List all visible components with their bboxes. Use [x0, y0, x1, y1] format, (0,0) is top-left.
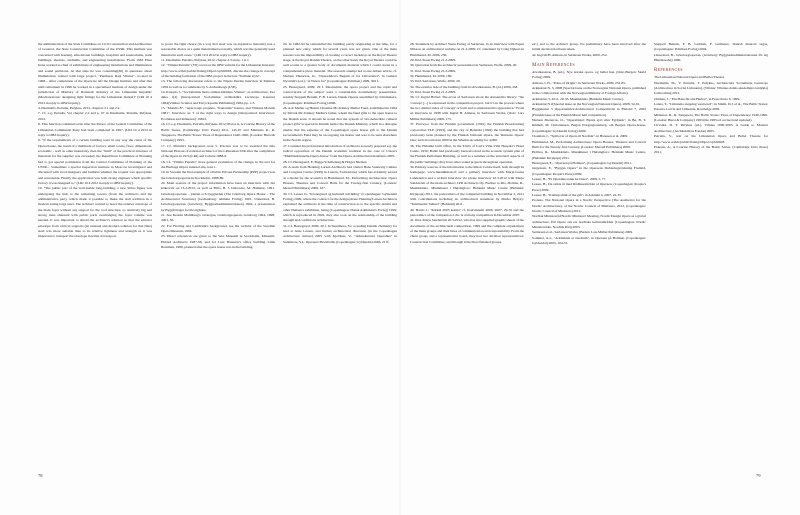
endnote: 36. Cf. Ingrid Hæbel: The ervaa of Sørla…	[410, 95, 524, 122]
section-heading: References	[654, 67, 768, 74]
endnote: 28. Statement by architect Steen Ewing o…	[410, 42, 524, 58]
endnote: 13. The following discussion refers to t…	[161, 79, 275, 90]
reference-entry: Steppeli Benum, F. B. Lambak, F. Grübene…	[654, 42, 768, 53]
endnote: 17. Cf. Matulis's background, note 5. Pr…	[161, 144, 275, 160]
reference-entry: Lesser, H., De sidste år med Rådhusområd…	[532, 182, 646, 193]
section-heading: Main References	[532, 62, 646, 69]
endnote: to prove the right choice (in a way that…	[161, 42, 275, 58]
reference-entry: Hollins, R., Musiikkitalo. Musikhuset i …	[532, 150, 646, 161]
page-number-right: 79	[756, 473, 761, 478]
endnote: 8. This function continued even after th…	[38, 122, 152, 138]
endnote: 18. Cf. "Vilnius Petrulis" more general …	[161, 160, 275, 171]
endnote: 42. Ingvild H. Almaas, in Sørlarsen Work…	[532, 53, 646, 58]
endnote: 40. Harris J., "Kärkiä 2003 kohtia" cf. …	[410, 208, 524, 219]
endnote: 23. Direct references are given to the W…	[161, 234, 275, 250]
reference-entry: Sommer, A-L, "Arkitekten er rundrum", in…	[532, 236, 646, 247]
reference-entry: Dzemaitis, M., V. Petrulis, T. Pufykus, …	[654, 81, 768, 97]
endnote: 30. Quotation from the architects' prese…	[410, 63, 524, 68]
reference-entry: Unnerstad, B., Göteborgsoperan, (Götebor…	[654, 53, 768, 64]
endnote: 10. "The public part of the wall-inside …	[38, 186, 152, 239]
endnote: 14. Kruopis J., "Socialistinis meno stil…	[161, 90, 275, 106]
endnote: 19. In Sweden the first example of a Pub…	[161, 170, 275, 181]
endnote: 30. Cf. Lesser Ja, "Kronegaard og kultur…	[283, 192, 397, 224]
endnote: 25. Hestegaard, 2009, 29 f. Meanwhile, t…	[283, 85, 397, 106]
reference-entry: Nordisk Ministerråd/Nordic Ministers' Me…	[532, 214, 646, 230]
endnote: 21. See Kerstin Malmberg's catalogue, Gö…	[161, 213, 275, 224]
left-page: the administration of the State Committe…	[0, 0, 400, 515]
endnote: 41. Ibid. Marja Sandström 20.3.2012, who…	[410, 218, 524, 245]
endnote: 26. A.P. Møller og Hustru Chastine Mc-Ki…	[283, 106, 397, 143]
reference-entry: Petrulis, V., text on the Lithuanian Ope…	[654, 134, 768, 145]
reference-entry: Proteus, The National Opera in a Nordic …	[532, 198, 646, 214]
right-page: 28. Statement by architect Steen Ewing o…	[400, 0, 800, 515]
endnote: 38. The Helsinki built office, in the Tö…	[410, 144, 524, 165]
endnote: 29. A team from Henning Larsen Architect…	[283, 165, 397, 192]
endnote: 22. For Fireling and Lambrink's backgrou…	[161, 224, 275, 235]
reference-entry: Lanza, T., "Lithuania stepping westward"…	[654, 102, 768, 113]
endnote: 31. Cf. Hestegaard, 2009, 20 f. In Sunnm…	[283, 224, 397, 245]
reference-entry: Sørlarsen et al., Sørlarsen Works, (Bade…	[532, 230, 646, 235]
reference-entry: Arkitektur N, 3, 2008 (Special issue on …	[532, 86, 646, 97]
right-page-column-3: Steppeli Benum, F. B. Lambak, F. Grübene…	[654, 42, 768, 156]
right-page-column-2: etc.) and to the architect group. No pre…	[532, 42, 646, 246]
reference-entry: Misiunas, R., R. Taagepera, The Baltic S…	[654, 113, 768, 124]
endnote: 24. In 1982-94 he remodelled the buildin…	[283, 42, 397, 85]
left-page-column-1: the administration of the State Committe…	[38, 42, 152, 240]
page-number-left: 78	[38, 473, 43, 478]
endnote: the administration of the State Committe…	[38, 42, 152, 106]
endnote: 12. "Vilnius Petrulis" (VP) a text on th…	[161, 63, 275, 79]
left-page-column-3: 24. In 1982-94 he remodelled the buildin…	[283, 42, 397, 245]
reference-entry: Plakans, A., A Concise History of the Ba…	[654, 145, 768, 156]
endnote: 20. Main sources of the project informat…	[161, 181, 275, 213]
reference-entry: Jørgensen, F., "Bygges Opera" in the Ope…	[532, 166, 646, 177]
endnote: 9. "If the requirements of a certain bui…	[38, 138, 152, 186]
endnote: etc.) and to the architect group. No pre…	[532, 42, 646, 53]
endnote: 39. Primary sources of the information t…	[410, 165, 524, 208]
endnote: 15. "Matulis B", "Apie naujo projekto, "…	[161, 106, 275, 122]
reference-entry: Nielsen Zhenevas, O., "Operabistel: Byen…	[532, 118, 646, 134]
endnote: 16. Cf. e.g. Dzemaitis, Petrulis, Pufyku…	[161, 122, 275, 143]
right-page-column-1: 28. Statement by architect Steen Ewing o…	[410, 42, 524, 245]
endnote: 27. Consider his professional introducti…	[283, 144, 397, 160]
endnote: 7. Cf. e.g. Petrulis, Vol chapter 2.2 an…	[38, 111, 152, 122]
reference-entry: Cirvaika, D. T. Pufykus (ed.), Vilnius 1…	[654, 123, 768, 134]
reference-entry: Alvalkasanas, B. (ed.), Nye norske opera…	[532, 70, 646, 81]
endnote: 37. Purveyor from the Finnish government…	[410, 122, 524, 143]
reference-entry: Byggekunst 3 Opportunities/Architectural…	[532, 107, 646, 118]
left-page-column-2: to prove the right choice (in a way that…	[161, 42, 275, 250]
reference-entry: Hammarud, M., Performing Architecture: O…	[532, 140, 646, 151]
